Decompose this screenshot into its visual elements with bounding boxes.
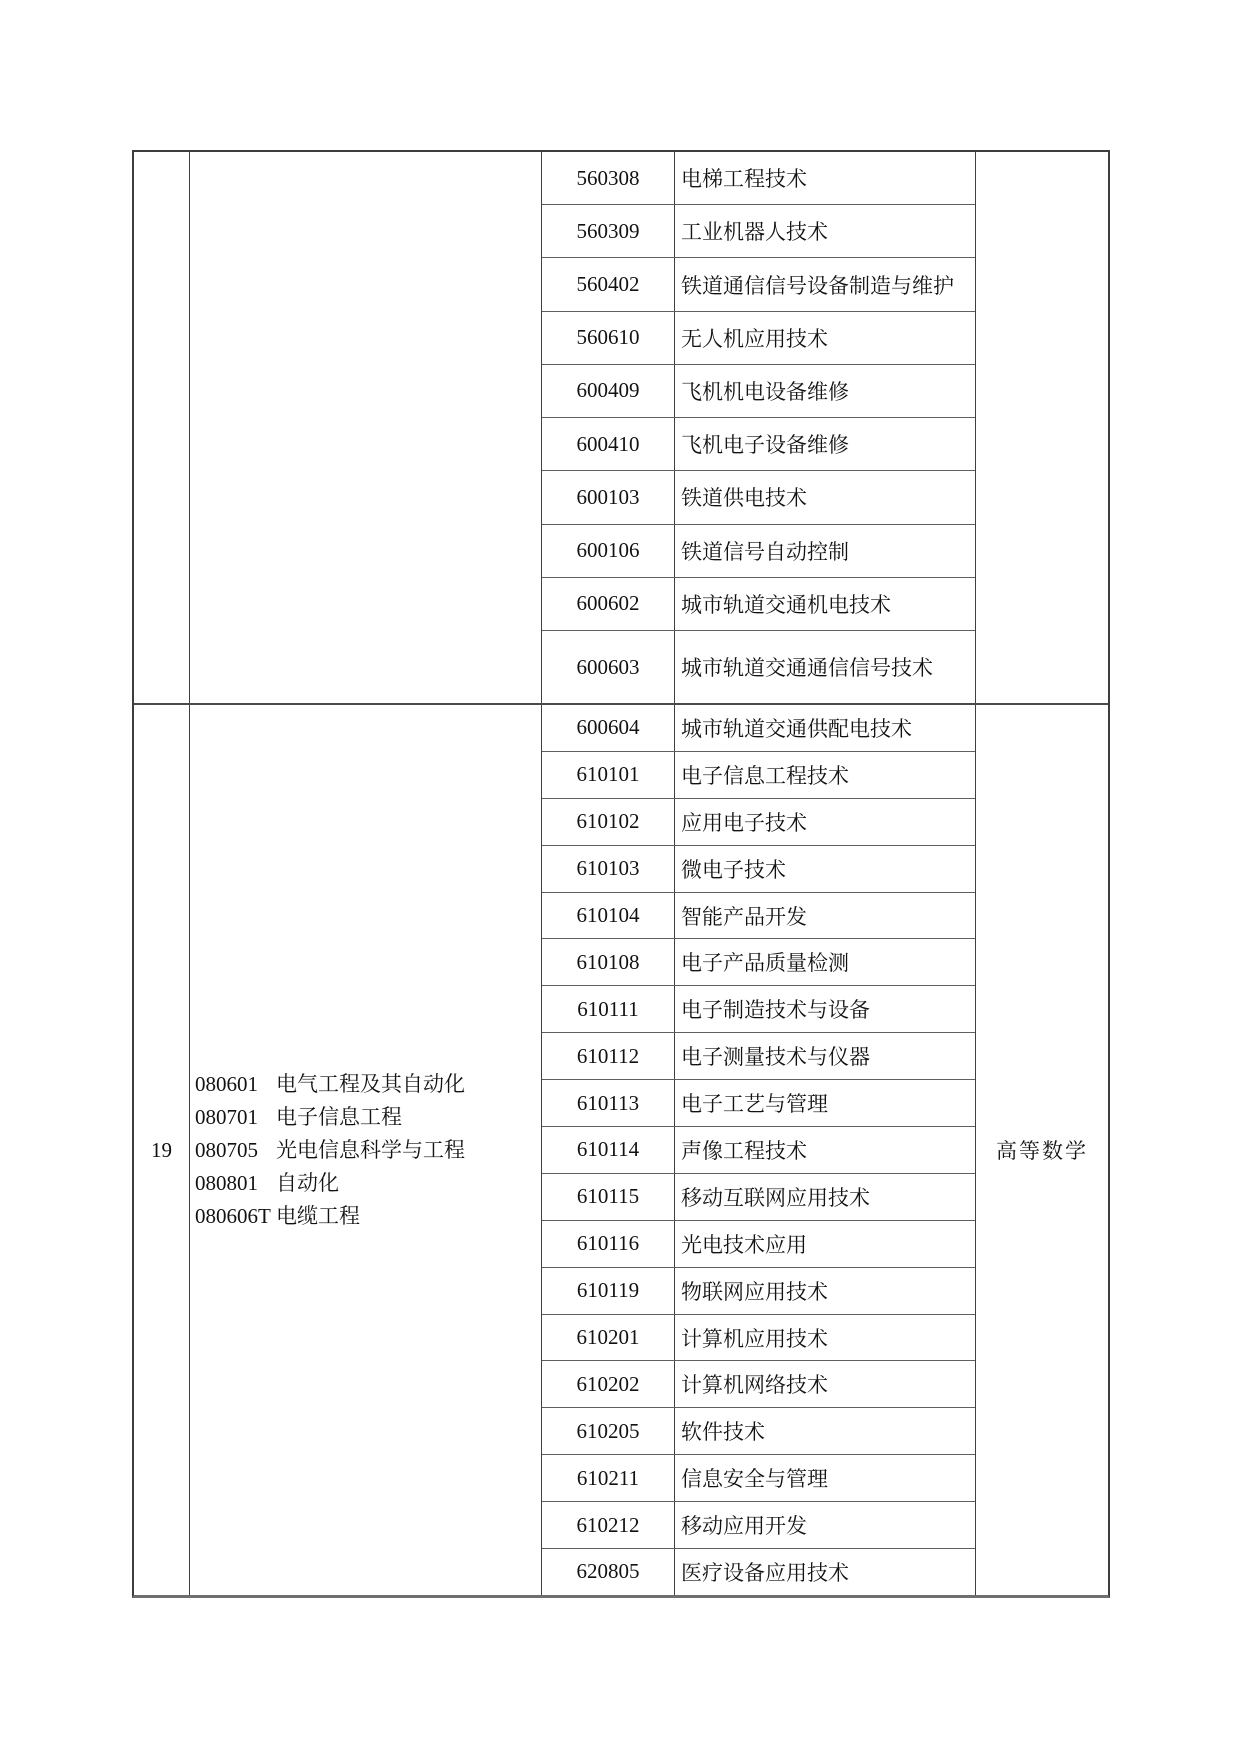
specialty-code-cell: 610212	[542, 1502, 674, 1548]
specialty-code-cell: 610116	[542, 1221, 674, 1267]
row-19-section: 19 080601电气工程及其自动化 080701电子信息工程 080705光电…	[134, 703, 1108, 1595]
specialty-name-cell: 飞机机电设备维修	[674, 365, 975, 417]
specialty-row: 610108 电子产品质量检测	[542, 939, 975, 986]
specialty-row: 610113 电子工艺与管理	[542, 1080, 975, 1127]
specialty-code-cell: 610115	[542, 1174, 674, 1220]
specialty-row: 600106 铁道信号自动控制	[542, 525, 975, 578]
majors-cell-continued	[189, 152, 541, 703]
specialty-row: 610114 声像工程技术	[542, 1127, 975, 1174]
specialty-code-cell: 610102	[542, 799, 674, 845]
specialty-name-cell: 应用电子技术	[674, 799, 975, 845]
specialty-row: 620805 医疗设备应用技术	[542, 1549, 975, 1595]
undergraduate-major-name: 电子信息工程	[276, 1105, 402, 1129]
specialty-name-cell: 智能产品开发	[674, 893, 975, 939]
specialty-name-cell: 铁道供电技术	[674, 471, 975, 523]
specialty-row: 610111 电子制造技术与设备	[542, 986, 975, 1033]
document-page: 560308 电梯工程技术 560309 工业机器人技术 560402 铁道通信…	[0, 0, 1241, 1754]
specialty-list-continued: 560308 电梯工程技术 560309 工业机器人技术 560402 铁道通信…	[541, 152, 975, 703]
majors-cell: 080601电气工程及其自动化 080701电子信息工程 080705光电信息科…	[189, 705, 541, 1595]
undergraduate-major-line: 080606T电缆工程	[195, 1200, 541, 1233]
undergraduate-major-name: 光电信息科学与工程	[276, 1138, 465, 1162]
specialty-row: 600103 铁道供电技术	[542, 471, 975, 524]
specialty-name-cell: 声像工程技术	[674, 1127, 975, 1173]
specialty-row: 610116 光电技术应用	[542, 1221, 975, 1268]
specialty-row: 600410 飞机电子设备维修	[542, 418, 975, 471]
specialty-code-cell: 610112	[542, 1033, 674, 1079]
undergraduate-major-code: 080701	[195, 1101, 276, 1134]
specialty-name-cell: 城市轨道交通供配电技术	[674, 705, 975, 751]
specialty-row: 600409 飞机机电设备维修	[542, 365, 975, 418]
specialty-name-cell: 物联网应用技术	[674, 1268, 975, 1314]
specialty-row: 610205 软件技术	[542, 1408, 975, 1455]
specialty-row: 610202 计算机网络技术	[542, 1361, 975, 1408]
specialty-code-cell: 610111	[542, 986, 674, 1032]
specialty-name-cell: 软件技术	[674, 1408, 975, 1454]
specialty-name-cell: 信息安全与管理	[674, 1455, 975, 1501]
specialty-code-cell: 610211	[542, 1455, 674, 1501]
specialty-code-cell: 600103	[542, 471, 674, 523]
specialty-row: 560308 电梯工程技术	[542, 152, 975, 205]
specialty-row: 600603 城市轨道交通通信信号技术	[542, 631, 975, 703]
specialty-name-cell: 无人机应用技术	[674, 312, 975, 364]
specialty-code-cell: 600604	[542, 705, 674, 751]
specialty-code-cell: 610202	[542, 1361, 674, 1407]
specialty-row: 610201 计算机应用技术	[542, 1315, 975, 1362]
specialty-row: 610104 智能产品开发	[542, 893, 975, 940]
specialty-name-cell: 城市轨道交通通信信号技术	[674, 631, 975, 703]
specialty-code-cell: 600409	[542, 365, 674, 417]
specialty-code-cell: 610113	[542, 1080, 674, 1126]
specialty-code-cell: 610101	[542, 752, 674, 798]
undergraduate-major-code: 080801	[195, 1167, 276, 1200]
specialty-code-cell: 560309	[542, 205, 674, 257]
undergraduate-major-line: 080701电子信息工程	[195, 1101, 541, 1134]
specialty-name-cell: 计算机应用技术	[674, 1315, 975, 1361]
specialty-name-cell: 铁道通信信号设备制造与维护	[674, 258, 975, 310]
row-number-cell-continued	[134, 152, 189, 703]
specialty-row: 560610 无人机应用技术	[542, 312, 975, 365]
specialty-code-cell: 610108	[542, 939, 674, 985]
specialty-row: 610102 应用电子技术	[542, 799, 975, 846]
specialty-code-cell: 610119	[542, 1268, 674, 1314]
specialty-row: 560309 工业机器人技术	[542, 205, 975, 258]
specialty-code-cell: 610104	[542, 893, 674, 939]
specialty-row: 600604 城市轨道交通供配电技术	[542, 705, 975, 752]
undergraduate-major-code: 080601	[195, 1068, 276, 1101]
continued-section: 560308 电梯工程技术 560309 工业机器人技术 560402 铁道通信…	[134, 152, 1108, 703]
specialty-name-cell: 医疗设备应用技术	[674, 1549, 975, 1595]
specialty-row: 610211 信息安全与管理	[542, 1455, 975, 1502]
specialty-row: 600602 城市轨道交通机电技术	[542, 578, 975, 631]
specialty-name-cell: 电子产品质量检测	[674, 939, 975, 985]
specialty-name-cell: 城市轨道交通机电技术	[674, 578, 975, 630]
specialty-code-cell: 610114	[542, 1127, 674, 1173]
specialty-code-cell: 600603	[542, 631, 674, 703]
specialty-code-cell: 600410	[542, 418, 674, 470]
specialty-code-cell: 560308	[542, 152, 674, 204]
specialty-row: 610119 物联网应用技术	[542, 1268, 975, 1315]
specialty-name-cell: 工业机器人技术	[674, 205, 975, 257]
undergraduate-major-line: 080801自动化	[195, 1167, 541, 1200]
exam-course-table: 560308 电梯工程技术 560309 工业机器人技术 560402 铁道通信…	[132, 150, 1110, 1598]
specialty-code-cell: 600106	[542, 525, 674, 577]
exam-course-cell-continued	[975, 152, 1108, 703]
undergraduate-major-line: 080601电气工程及其自动化	[195, 1068, 541, 1101]
specialty-row: 560402 铁道通信信号设备制造与维护	[542, 258, 975, 311]
specialty-name-cell: 光电技术应用	[674, 1221, 975, 1267]
specialty-name-cell: 电子信息工程技术	[674, 752, 975, 798]
specialty-row: 610212 移动应用开发	[542, 1502, 975, 1549]
undergraduate-major-name: 电缆工程	[276, 1204, 360, 1228]
undergraduate-major-code: 080606T	[195, 1200, 276, 1233]
specialty-list: 600604 城市轨道交通供配电技术 610101 电子信息工程技术 61010…	[541, 705, 975, 1595]
specialty-code-cell: 600602	[542, 578, 674, 630]
specialty-name-cell: 电梯工程技术	[674, 152, 975, 204]
specialty-name-cell: 移动互联网应用技术	[674, 1174, 975, 1220]
undergraduate-major-code: 080705	[195, 1134, 276, 1167]
specialty-code-cell: 560402	[542, 258, 674, 310]
undergraduate-major-name: 电气工程及其自动化	[276, 1072, 465, 1096]
specialty-row: 610103 微电子技术	[542, 846, 975, 893]
row-number-cell: 19	[134, 705, 189, 1595]
specialty-name-cell: 电子工艺与管理	[674, 1080, 975, 1126]
specialty-code-cell: 560610	[542, 312, 674, 364]
specialty-code-cell: 620805	[542, 1549, 674, 1595]
specialty-name-cell: 铁道信号自动控制	[674, 525, 975, 577]
specialty-row: 610101 电子信息工程技术	[542, 752, 975, 799]
specialty-name-cell: 电子制造技术与设备	[674, 986, 975, 1032]
specialty-row: 610115 移动互联网应用技术	[542, 1174, 975, 1221]
specialty-row: 610112 电子测量技术与仪器	[542, 1033, 975, 1080]
specialty-name-cell: 飞机电子设备维修	[674, 418, 975, 470]
specialty-name-cell: 计算机网络技术	[674, 1361, 975, 1407]
specialty-name-cell: 微电子技术	[674, 846, 975, 892]
specialty-code-cell: 610205	[542, 1408, 674, 1454]
undergraduate-major-line: 080705光电信息科学与工程	[195, 1134, 541, 1167]
specialty-code-cell: 610103	[542, 846, 674, 892]
specialty-name-cell: 电子测量技术与仪器	[674, 1033, 975, 1079]
exam-course-cell: 高等数学	[975, 705, 1108, 1595]
specialty-code-cell: 610201	[542, 1315, 674, 1361]
undergraduate-major-name: 自动化	[276, 1171, 339, 1195]
specialty-name-cell: 移动应用开发	[674, 1502, 975, 1548]
